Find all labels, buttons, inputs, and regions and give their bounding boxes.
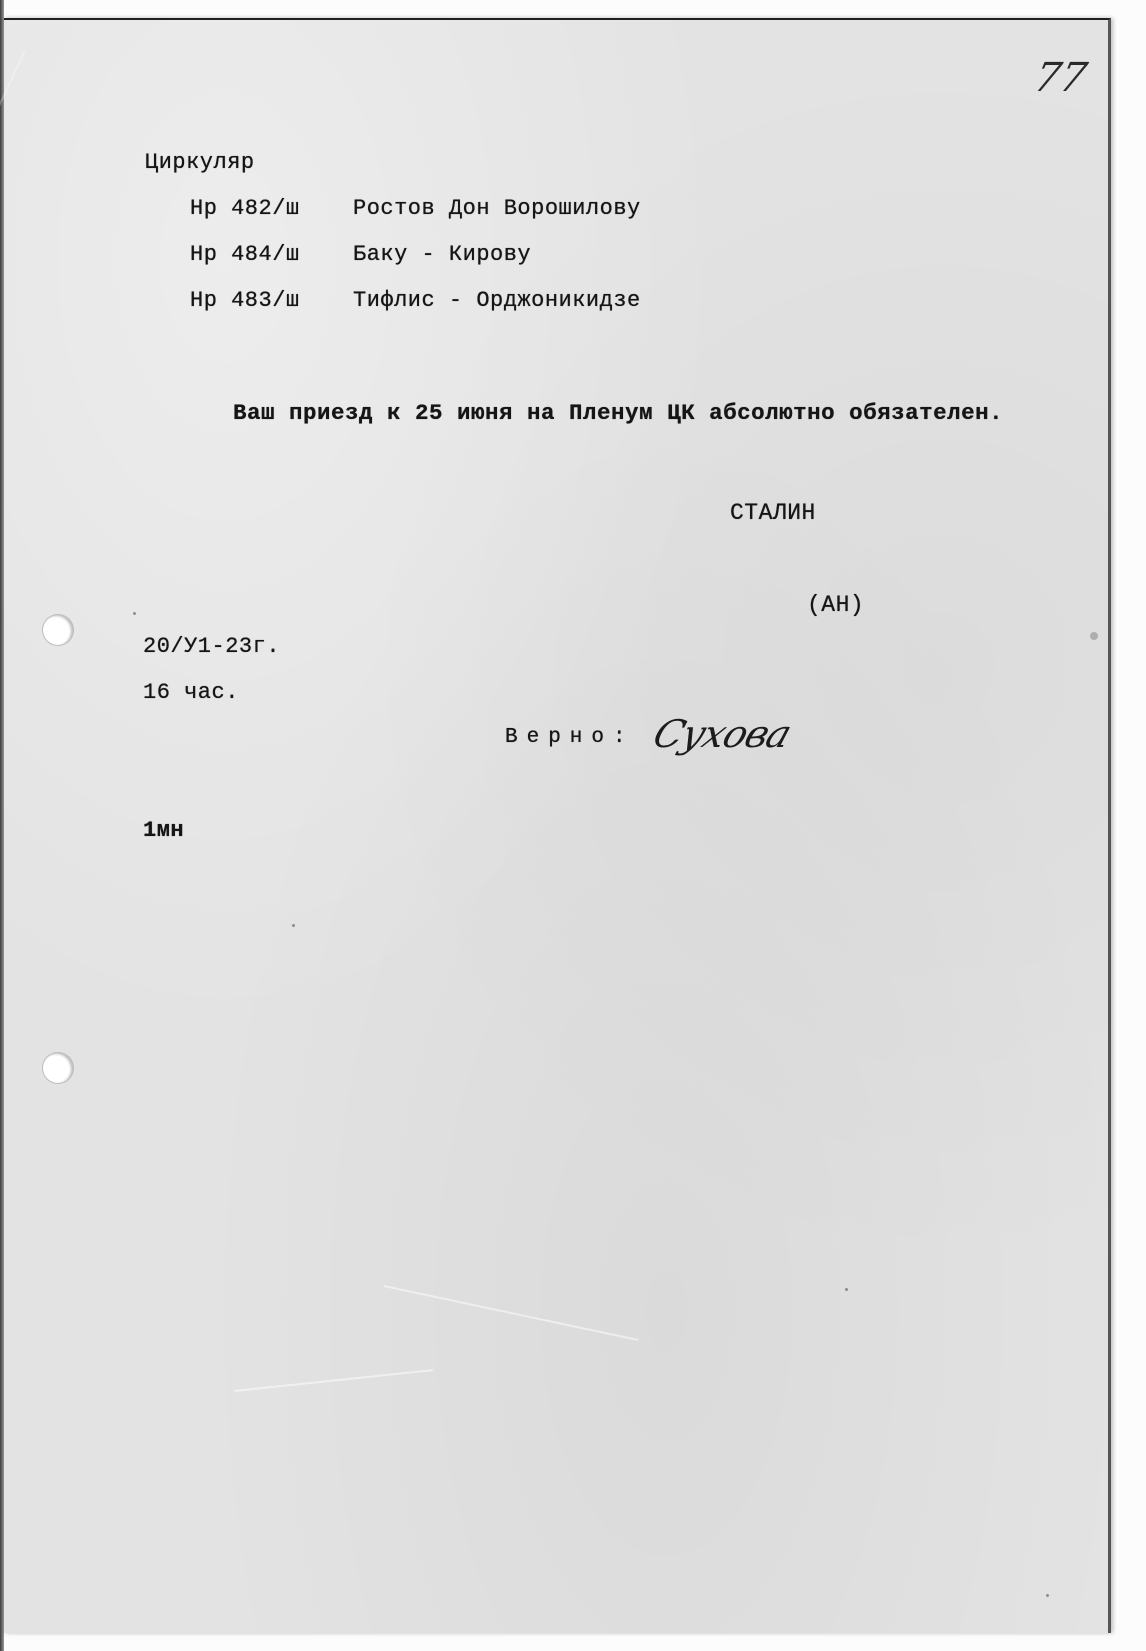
document-date: 20/У1-23г.	[143, 634, 280, 659]
message-body: Ваш приезд к 25 июня на Пленум ЦК абсолю…	[233, 400, 1003, 426]
ink-speck	[1090, 632, 1098, 640]
punch-hole-bottom	[43, 1053, 73, 1083]
certification-signature: Сухова	[648, 712, 796, 756]
page-number: 77	[1030, 55, 1091, 101]
recipient-addressee: Тифлис - Орджоникидзе	[353, 288, 641, 313]
recipient-number: Нр 483/ш	[190, 288, 300, 313]
copies-note: 1мн	[143, 818, 184, 843]
document-time: 16 час.	[143, 680, 239, 705]
ink-speck	[1046, 1594, 1049, 1597]
recipient-addressee: Ростов Дон Ворошилову	[353, 196, 641, 221]
paper-fold-mark	[0, 50, 171, 354]
paper-crease	[234, 1369, 433, 1392]
ink-speck	[845, 1288, 848, 1291]
punch-hole-top	[43, 615, 73, 645]
typist-initials: (АН)	[807, 592, 864, 618]
recipient-addressee: Баку - Кирову	[353, 242, 531, 267]
paper-crease	[384, 1285, 639, 1341]
recipient-number: Нр 484/ш	[190, 242, 300, 267]
document-header: Циркуляр	[145, 150, 255, 175]
certification-label: Верно:	[505, 726, 635, 749]
ink-speck	[292, 924, 295, 927]
signatory-name: СТАЛИН	[730, 500, 816, 526]
recipient-number: Нр 482/ш	[190, 196, 300, 221]
scanned-document: 77 Циркуляр Нр 482/ш Ростов Дон Ворошило…	[0, 0, 1146, 1651]
ink-speck	[133, 612, 136, 615]
